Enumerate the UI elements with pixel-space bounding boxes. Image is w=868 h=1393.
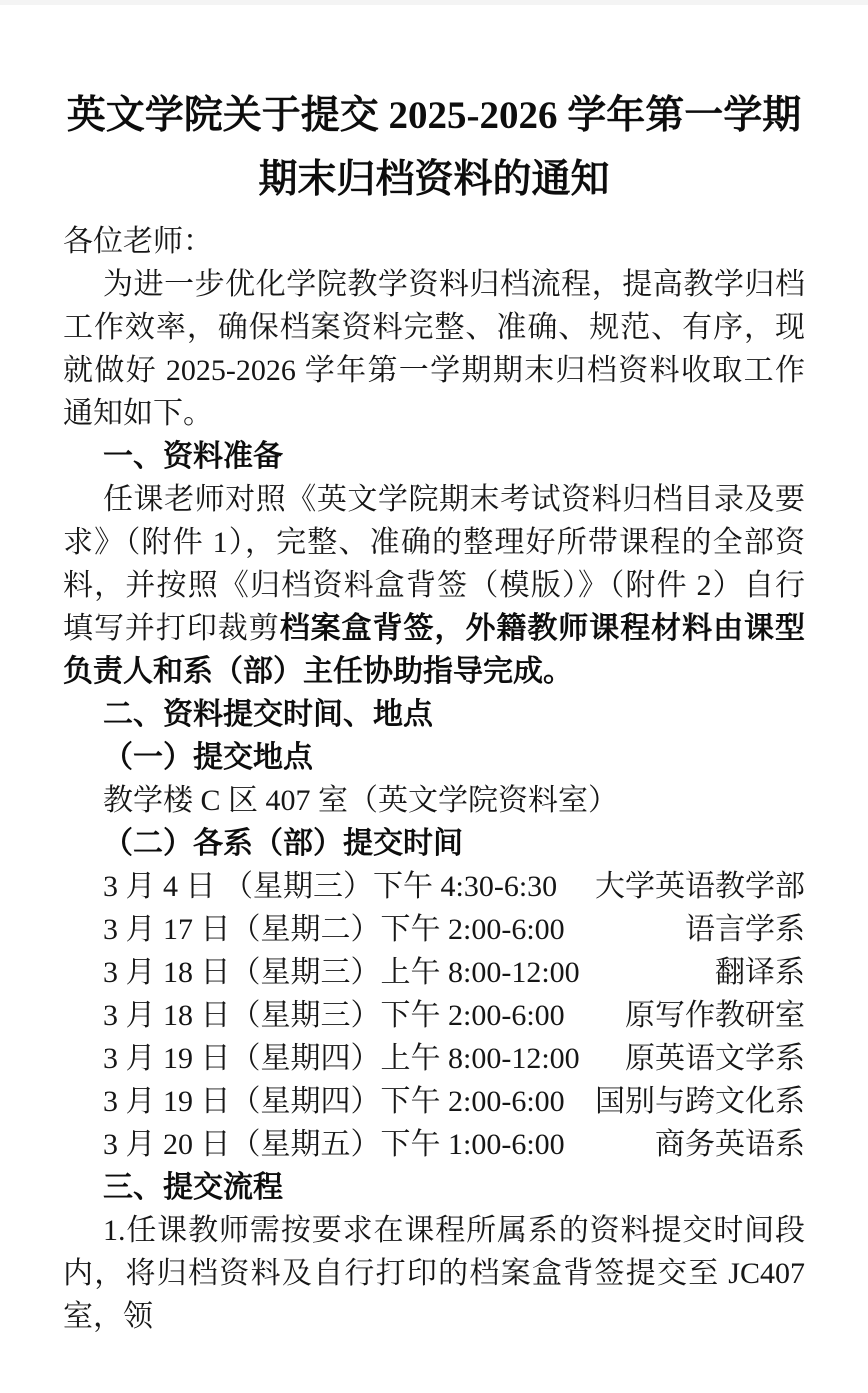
section-3-heading: 三、提交流程 (63, 1166, 805, 1209)
schedule-row: 3 月 18 日（星期三）下午 2:00-6:00 原写作教研室 (63, 994, 805, 1037)
schedule-row: 3 月 17 日（星期二）下午 2:00-6:00 语言学系 (63, 908, 805, 951)
schedule-row: 3 月 20 日（星期五）下午 1:00-6:00 商务英语系 (63, 1123, 805, 1166)
schedule-time: 3 月 4 日 （星期三）下午 4:30-6:30 (103, 865, 557, 908)
intro-paragraph: 为进一步优化学院教学资料归档流程，提高教学归档工作效率，确保档案资料完整、准确、… (63, 263, 805, 435)
schedule-department: 原英语文学系 (625, 1037, 805, 1080)
schedule-department: 国别与跨文化系 (595, 1080, 805, 1123)
schedule-time: 3 月 20 日（星期五）下午 1:00-6:00 (103, 1123, 565, 1166)
page-top-edge-divider (0, 0, 868, 5)
schedule-department: 语言学系 (685, 908, 805, 951)
schedule-time: 3 月 19 日（星期四）下午 2:00-6:00 (103, 1080, 565, 1123)
document-page: 英文学院关于提交 2025-2026 学年第一学期 期末归档资料的通知 各位老师… (0, 0, 868, 1393)
schedule-row: 3 月 18 日（星期三）上午 8:00-12:00 翻译系 (63, 951, 805, 994)
schedule-row: 3 月 19 日（星期四）上午 8:00-12:00 原英语文学系 (63, 1037, 805, 1080)
schedule-time: 3 月 17 日（星期二）下午 2:00-6:00 (103, 908, 565, 951)
schedule-time: 3 月 19 日（星期四）上午 8:00-12:00 (103, 1037, 580, 1080)
document-title: 英文学院关于提交 2025-2026 学年第一学期 期末归档资料的通知 (63, 84, 805, 212)
submission-location: 教学楼 C 区 407 室（英文学院资料室） (63, 779, 805, 822)
salutation: 各位老师： (63, 220, 805, 263)
schedule-department: 原写作教研室 (625, 994, 805, 1037)
section-2-sub-2-heading: （二）各系（部）提交时间 (63, 822, 805, 865)
section-1-heading: 一、资料准备 (63, 435, 805, 478)
document-title-line-2: 期末归档资料的通知 (63, 148, 805, 212)
section-1-paragraph: 任课老师对照《英文学院期末考试资料归档目录及要求》（附件 1），完整、准确的整理… (63, 478, 805, 693)
section-2-heading: 二、资料提交时间、地点 (63, 693, 805, 736)
schedule-row: 3 月 4 日 （星期三）下午 4:30-6:30 大学英语教学部 (63, 865, 805, 908)
schedule-row: 3 月 19 日（星期四）下午 2:00-6:00 国别与跨文化系 (63, 1080, 805, 1123)
schedule-department: 商务英语系 (655, 1123, 805, 1166)
section-2-sub-1-heading: （一）提交地点 (63, 736, 805, 779)
document-title-line-1: 英文学院关于提交 2025-2026 学年第一学期 (63, 84, 805, 148)
schedule-time: 3 月 18 日（星期三）上午 8:00-12:00 (103, 951, 580, 994)
section-3-paragraph: 1.任课教师需按要求在课程所属系的资料提交时间段内，将归档资料及自行打印的档案盒… (63, 1209, 805, 1338)
schedule-department: 大学英语教学部 (595, 865, 805, 908)
schedule-time: 3 月 18 日（星期三）下午 2:00-6:00 (103, 994, 565, 1037)
schedule-department: 翻译系 (715, 951, 805, 994)
